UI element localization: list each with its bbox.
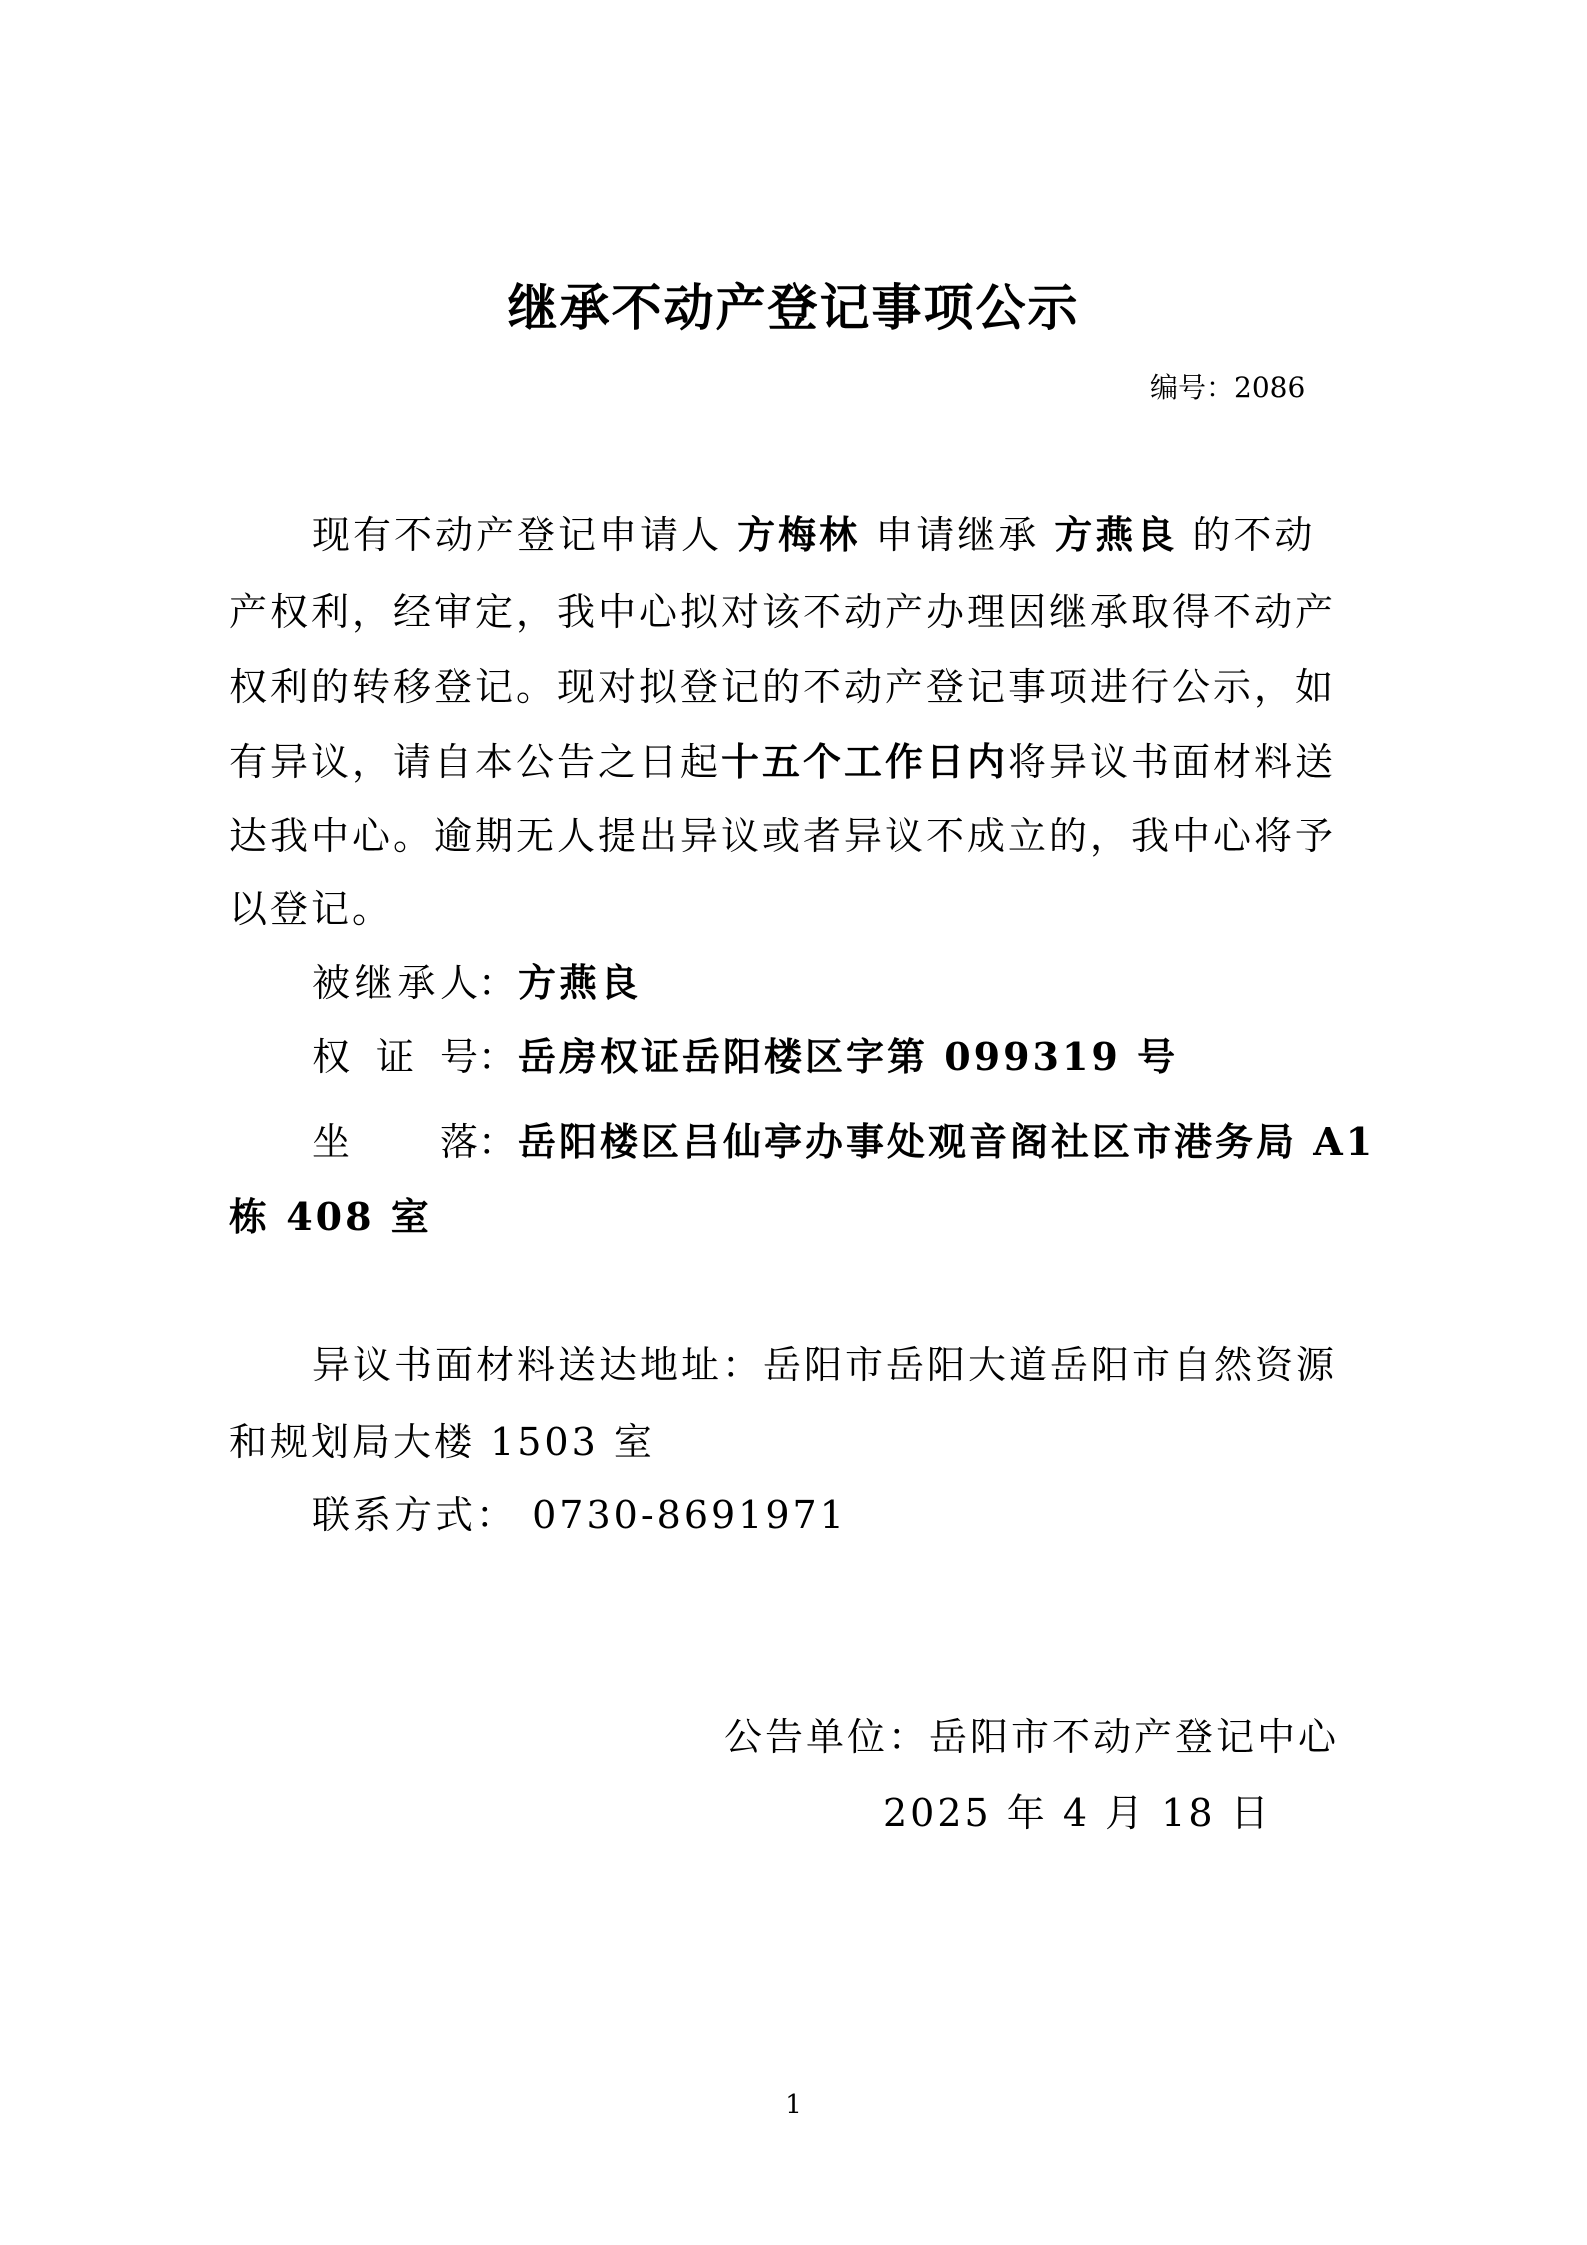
issuer-label: 公告单位： bbox=[724, 1715, 929, 1759]
issue-date: 2025 年 4 月 18 日 bbox=[883, 1788, 1272, 1838]
field-colon: ： bbox=[478, 958, 518, 1008]
deadline-emphasis: 十五个工作日内 bbox=[721, 739, 1008, 784]
field-decedent-label: 被继承人 bbox=[312, 958, 478, 1008]
label-char: 权 bbox=[312, 1035, 357, 1079]
contact-phone: 0730-8691971 bbox=[532, 1493, 847, 1537]
field-location-label: 坐 落 bbox=[312, 1117, 478, 1167]
paragraph-line-6: 以登记。 bbox=[229, 884, 1370, 934]
field-location-value-line1: 岳阳楼区吕仙亭办事处观音阁社区市港务局 A1 bbox=[518, 1119, 1375, 1164]
field-decedent-value: 方燕良 bbox=[518, 960, 641, 1005]
paragraph-line-1: 现有不动产登记申请人 方梅林 申请继承 方燕良 的不动 bbox=[312, 510, 1370, 560]
field-colon: ： bbox=[478, 1117, 518, 1167]
document-number: 编号：2086 bbox=[1150, 370, 1305, 406]
objection-address-label: 异议书面材料送达地址： bbox=[312, 1343, 763, 1387]
field-certificate-value: 岳房权证岳阳楼区字第 099319 号 bbox=[518, 1034, 1178, 1079]
issuer: 公告单位：岳阳市不动产登记中心 bbox=[724, 1712, 1339, 1762]
field-certificate-label: 权 证 号 bbox=[312, 1032, 478, 1082]
field-certificate: 权 证 号：岳房权证岳阳楼区字第 099319 号 bbox=[312, 1032, 1370, 1082]
label-char: 坐 bbox=[312, 1120, 389, 1164]
objection-address: 异议书面材料送达地址：岳阳市岳阳大道岳阳市自然资源 bbox=[312, 1340, 1370, 1390]
applicant-name: 方梅林 bbox=[737, 512, 860, 557]
contact-label: 联系方式： bbox=[312, 1493, 517, 1537]
label-char: 落 bbox=[440, 1120, 478, 1164]
decedent-name: 方燕良 bbox=[1054, 512, 1177, 557]
label-char: 证 bbox=[376, 1035, 421, 1079]
paragraph-text: 现有不动产登记申请人 bbox=[312, 513, 737, 557]
document-number-label: 编号： bbox=[1150, 371, 1234, 404]
page-number: 1 bbox=[0, 2090, 1587, 2120]
paragraph-line-3: 权利的转移登记。现对拟登记的不动产登记事项进行公示，如 bbox=[229, 662, 1370, 712]
paragraph-line-5: 达我中心。逾期无人提出异议或者异议不成立的，我中心将予 bbox=[229, 811, 1370, 861]
paragraph-text: 有异议，请自本公告之日起 bbox=[229, 740, 721, 784]
document-page: 继承不动产登记事项公示 编号：2086 现有不动产登记申请人 方梅林 申请继承 … bbox=[0, 0, 1587, 2245]
paragraph-text: 申请继承 bbox=[860, 513, 1054, 557]
contact-info: 联系方式： 0730-8691971 bbox=[312, 1490, 1370, 1540]
paragraph-text: 的不动 bbox=[1177, 513, 1315, 557]
objection-address-value: 岳阳市岳阳大道岳阳市自然资源 bbox=[763, 1343, 1337, 1387]
field-location-value-line2: 栋 408 室 bbox=[229, 1192, 1370, 1242]
document-number-value: 2086 bbox=[1234, 371, 1305, 404]
paragraph-line-2: 产权利，经审定，我中心拟对该不动产办理因继承取得不动产 bbox=[229, 587, 1370, 637]
issuer-value: 岳阳市不动产登记中心 bbox=[929, 1715, 1339, 1759]
field-location: 坐 落：岳阳楼区吕仙亭办事处观音阁社区市港务局 A1 bbox=[312, 1117, 1370, 1167]
paragraph-line-4: 有异议，请自本公告之日起十五个工作日内将异议书面材料送 bbox=[229, 737, 1370, 787]
objection-address-line2: 和规划局大楼 1503 室 bbox=[229, 1417, 1370, 1467]
document-title: 继承不动产登记事项公示 bbox=[0, 278, 1587, 338]
field-colon: ： bbox=[478, 1032, 518, 1082]
label-char: 号 bbox=[440, 1035, 478, 1079]
paragraph-text: 将异议书面材料送 bbox=[1008, 740, 1336, 784]
field-decedent: 被继承人：方燕良 bbox=[312, 958, 1370, 1008]
